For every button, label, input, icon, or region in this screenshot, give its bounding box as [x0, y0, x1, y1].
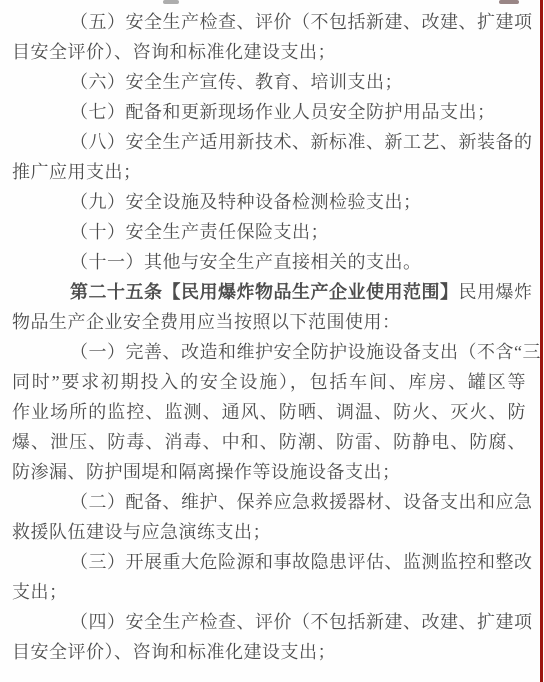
text-line: 防渗漏、防护围堤和隔离操作等设施设备支出；: [12, 457, 526, 487]
text-line: （六）安全生产宣传、教育、培训支出；: [12, 67, 526, 97]
text-line: （二）配备、维护、保养应急救援器材、设备支出和应急: [12, 487, 526, 517]
text-line: （四）安全生产检查、评价（不包括新建、改建、扩建项: [12, 607, 526, 637]
text-line: （八）安全生产适用新技术、新标准、新工艺、新装备的: [12, 127, 526, 157]
text-line: 同时”要求初期投入的安全设施），包括车间、库房、罐区等: [12, 367, 526, 397]
text-line: 第二十五条【民用爆炸物品生产企业使用范围】民用爆炸: [12, 277, 526, 307]
text-line: （一）完善、改造和维护安全防护设施设备支出（不含“三: [12, 337, 526, 367]
text-line: 作业场所的监控、监测、通风、防晒、调温、防火、灭火、防: [12, 397, 526, 427]
document-page: （五）安全生产检查、评价（不包括新建、改建、扩建项目安全评价）、咨询和标准化建设…: [0, 0, 544, 682]
text-line: 推广应用支出；: [12, 157, 526, 187]
text-line: 目安全评价）、咨询和标准化建设支出；: [12, 37, 526, 67]
article-heading-bold: 第二十五条【民用爆炸物品生产企业使用范围】: [70, 282, 459, 302]
text-line: （十）安全生产责任保险支出；: [12, 217, 526, 247]
text-line: （五）安全生产检查、评价（不包括新建、改建、扩建项: [12, 7, 526, 37]
text-line: （七）配备和更新现场作业人员安全防护用品支出；: [12, 97, 526, 127]
text-line: 救援队伍建设与应急演练支出；: [12, 517, 526, 547]
text-line: （三）开展重大危险源和事故隐患评估、监测监控和整改: [12, 547, 526, 577]
top-edge-artifact-right: [499, 0, 519, 4]
text-line: （十一）其他与安全生产直接相关的支出。: [12, 247, 526, 277]
text-line: 目安全评价）、咨询和标准化建设支出；: [12, 637, 526, 667]
text-line: 物品生产企业安全费用应当按照以下范围使用：: [12, 307, 526, 337]
text-line: 爆、泄压、防毒、消毒、中和、防潮、防雷、防静电、防腐、: [12, 427, 526, 457]
top-edge-artifact-left: [163, 0, 179, 4]
text-line: 支出；: [12, 577, 526, 607]
document-body: （五）安全生产检查、评价（不包括新建、改建、扩建项目安全评价）、咨询和标准化建设…: [12, 7, 526, 667]
page-right-edge-line: [540, 0, 543, 682]
text-line: （九）安全设施及特种设备检测检验支出；: [12, 187, 526, 217]
